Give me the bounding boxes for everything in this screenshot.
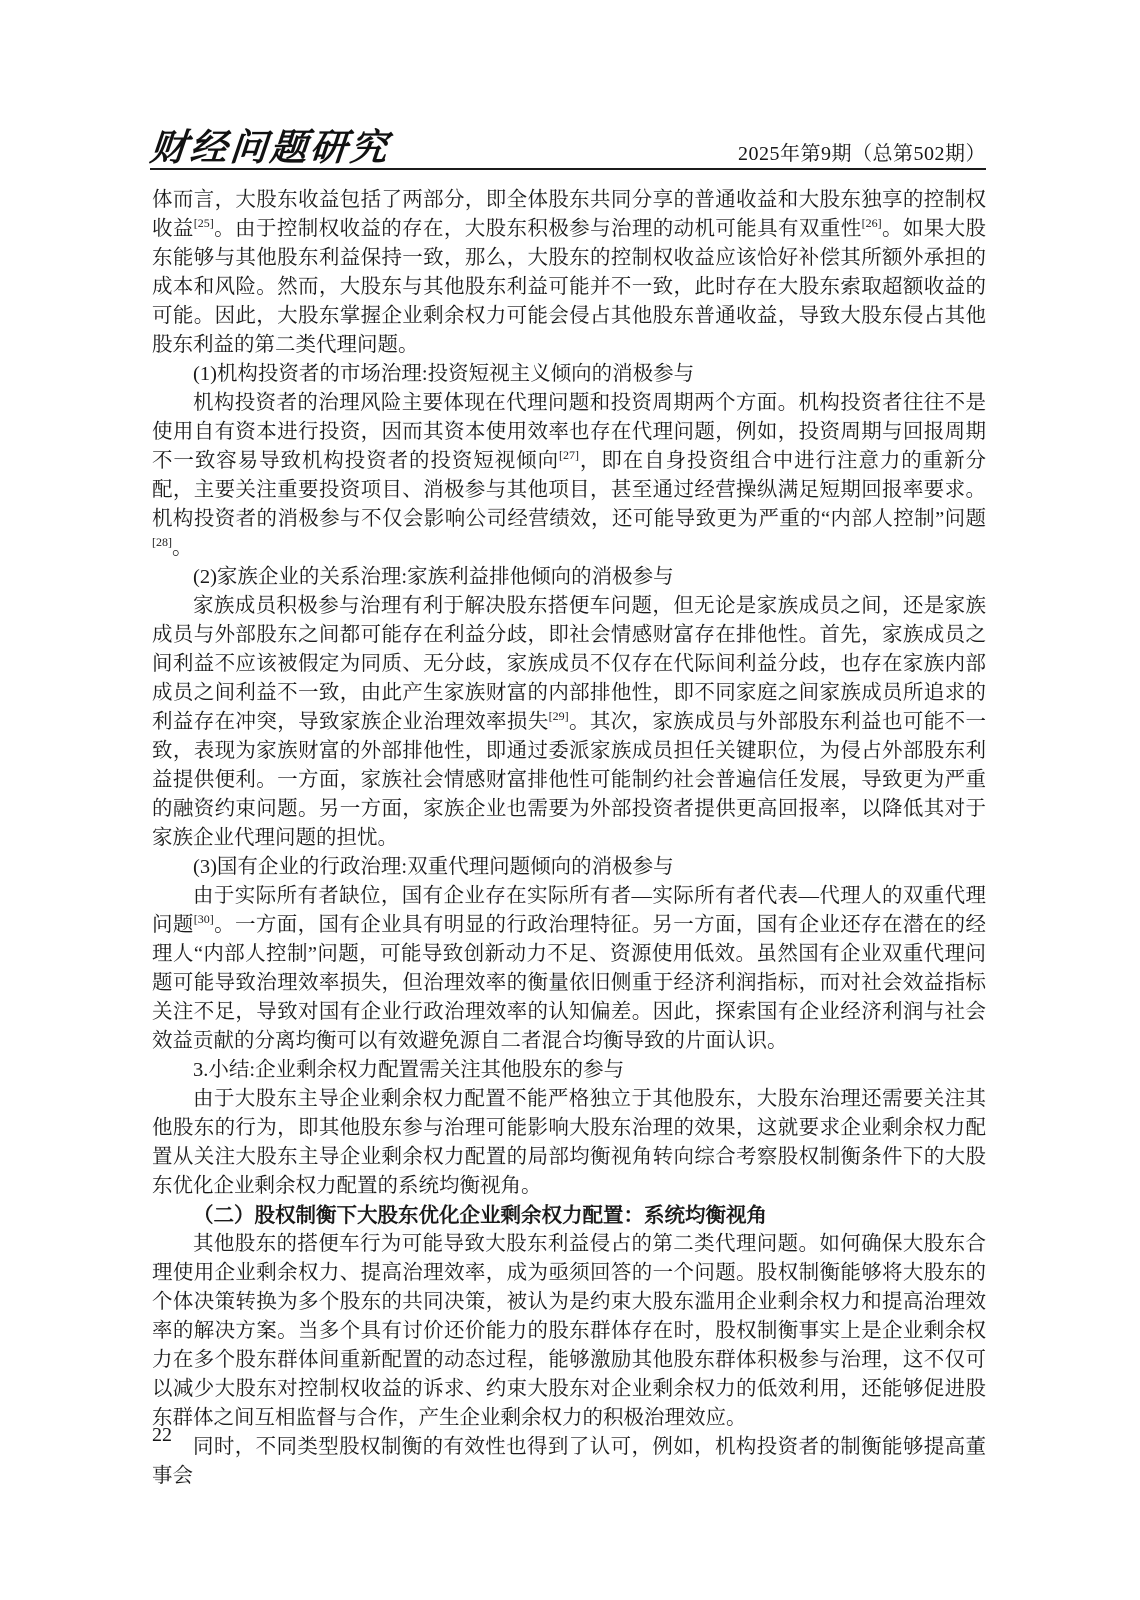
header-rule	[150, 168, 986, 170]
paragraph: 由于大股东主导企业剩余权力配置不能严格独立于其他股东，大股东治理还需要关注其他股…	[152, 1085, 986, 1201]
text-run: (3)国有企业的行政治理:双重代理问题倾向的消极参与	[193, 856, 674, 878]
footnote-ref: [25]	[194, 216, 214, 230]
text-run: 。	[172, 537, 193, 559]
footnote-ref: [26]	[862, 216, 882, 230]
text-run: 同时，不同类型股权制衡的有效性也得到了认可，例如，机构投资者的制衡能够提高董事会	[152, 1436, 986, 1487]
footnote-ref: [30]	[194, 912, 214, 926]
subheading: 3.小结:企业剩余权力配置需关注其他股东的参与	[152, 1056, 986, 1085]
paragraph: 体而言，大股东收益包括了两部分，即全体股东共同分享的普通收益和大股东独享的控制权…	[152, 186, 986, 360]
text-run: (2)家族企业的关系治理:家族利益排他倾向的消极参与	[193, 566, 674, 588]
text-run: 其他股东的搭便车行为可能导致大股东利益侵占的第二类代理问题。如何确保大股东合理使…	[152, 1233, 986, 1429]
journal-logo: 财经问题研究	[148, 129, 391, 168]
page-number: 22	[152, 1424, 172, 1447]
paragraph: 由于实际所有者缺位，国有企业存在实际所有者—实际所有者代表—代理人的双重代理问题…	[152, 882, 986, 1056]
paragraph: 家族成员积极参与治理有利于解决股东搭便车问题，但无论是家族成员之间，还是家族成员…	[152, 592, 986, 853]
text-run: 3.小结:企业剩余权力配置需关注其他股东的参与	[193, 1059, 624, 1081]
journal-page: 财经问题研究 2025年第9期（总第502期） 体而言，大股东收益包括了两部分，…	[0, 0, 1140, 1600]
subheading: (3)国有企业的行政治理:双重代理问题倾向的消极参与	[152, 853, 986, 882]
footnote-ref: [28]	[152, 535, 172, 549]
paragraph: 其他股东的搭便车行为可能导致大股东利益侵占的第二类代理问题。如何确保大股东合理使…	[152, 1230, 986, 1433]
footnote-ref: [29]	[549, 709, 569, 723]
subheading: (1)机构投资者的市场治理:投资短视主义倾向的消极参与	[152, 360, 986, 389]
article-body: 体而言，大股东收益包括了两部分，即全体股东共同分享的普通收益和大股东独享的控制权…	[152, 186, 986, 1491]
text-run: 由于大股东主导企业剩余权力配置不能严格独立于其他股东，大股东治理还需要关注其他股…	[152, 1088, 986, 1197]
paragraph: 同时，不同类型股权制衡的有效性也得到了认可，例如，机构投资者的制衡能够提高董事会	[152, 1433, 986, 1491]
issue-info: 2025年第9期（总第502期）	[738, 144, 986, 168]
section-heading: （二）股权制衡下大股东优化企业剩余权力配置：系统均衡视角	[152, 1201, 986, 1230]
text-run: （二）股权制衡下大股东优化企业剩余权力配置：系统均衡视角	[193, 1204, 767, 1227]
text-run: 。一方面，国有企业具有明显的行政治理特征。另一方面，国有企业还存在潜在的经理人“…	[152, 914, 986, 1052]
footnote-ref: [27]	[559, 448, 579, 462]
text-run: (1)机构投资者的市场治理:投资短视主义倾向的消极参与	[193, 363, 694, 385]
journal-header: 财经问题研究 2025年第9期（总第502期）	[150, 120, 986, 168]
subheading: (2)家族企业的关系治理:家族利益排他倾向的消极参与	[152, 563, 986, 592]
text-run: 。由于控制权收益的存在，大股东积极参与治理的动机可能具有双重性	[214, 218, 862, 240]
paragraph: 机构投资者的治理风险主要体现在代理问题和投资周期两个方面。机构投资者往往不是使用…	[152, 389, 986, 563]
